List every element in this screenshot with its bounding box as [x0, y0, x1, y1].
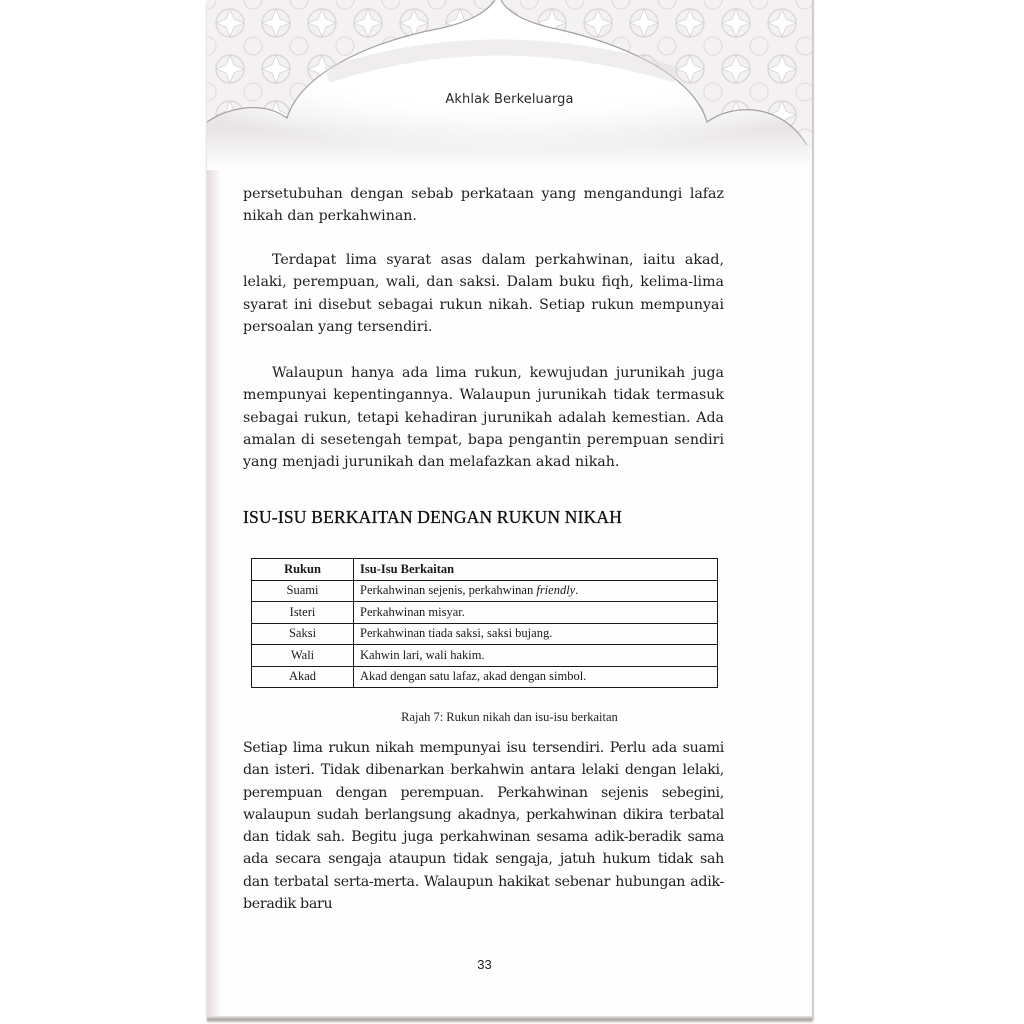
paragraph: Walaupun hanya ada lima rukun, kewujudan… — [243, 362, 724, 473]
rukun-cell: Wali — [252, 645, 354, 667]
table-row: Suami Perkahwinan sejenis, perkahwinan f… — [252, 580, 718, 602]
issue-cell: Kahwin lari, wali hakim. — [354, 645, 718, 667]
rukun-issues-table: Rukun Isu-Isu Berkaitan Suami Perkahwina… — [251, 558, 718, 688]
table-row: Isteri Perkahwinan misyar. — [252, 602, 718, 624]
rukun-cell: Suami — [252, 580, 354, 602]
table-row: Akad Akad dengan satu lafaz, akad dengan… — [252, 666, 718, 688]
arch-ornament-icon — [207, 0, 812, 170]
page-number: 33 — [207, 957, 762, 972]
issue-cell: Perkahwinan misyar. — [354, 602, 718, 624]
table-row: Saksi Perkahwinan tiada saksi, saksi buj… — [252, 623, 718, 645]
issue-italic-text: friendly — [536, 583, 575, 597]
paragraph: Terdapat lima syarat asas dalam perkahwi… — [243, 249, 724, 338]
book-page: Akhlak Berkeluarga persetubuhan dengan s… — [207, 0, 813, 1020]
issue-text: Perkahwinan sejenis, perkahwinan — [360, 583, 536, 597]
rukun-cell: Akad — [252, 666, 354, 688]
table-row: Wali Kahwin lari, wali hakim. — [252, 645, 718, 667]
issue-cell: Perkahwinan tiada saksi, saksi bujang. — [354, 623, 718, 645]
photo-background: Akhlak Berkeluarga persetubuhan dengan s… — [0, 0, 1024, 1024]
table-header-row: Rukun Isu-Isu Berkaitan — [252, 559, 718, 581]
figure-caption: Rajah 7: Rukun nikah dan isu-isu berkait… — [207, 710, 812, 725]
column-header-rukun: Rukun — [252, 559, 354, 581]
rukun-cell: Isteri — [252, 602, 354, 624]
paragraph: Setiap lima rukun nikah mempunyai isu te… — [243, 737, 724, 915]
page-bottom-edge — [207, 1016, 812, 1020]
column-header-issues: Isu-Isu Berkaitan — [354, 559, 718, 581]
issue-text-end: . — [575, 583, 578, 597]
paragraph: persetubuhan dengan sebab perkataan yang… — [243, 183, 724, 228]
section-heading: ISU-ISU BERKAITAN DENGAN RUKUN NIKAH — [243, 507, 622, 528]
running-head: Akhlak Berkeluarga — [207, 92, 812, 107]
issue-cell: Akad dengan satu lafaz, akad dengan simb… — [354, 666, 718, 688]
rukun-cell: Saksi — [252, 623, 354, 645]
issue-cell: Perkahwinan sejenis, perkahwinan friendl… — [354, 580, 718, 602]
